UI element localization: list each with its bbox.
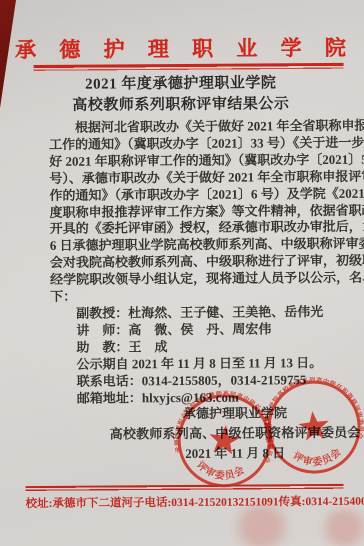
name-list-assistant: 助 教：王 成 (50, 338, 347, 357)
body-line: 号）、承德市职改办《关于做好 2021 年全市职称申报评审工 (49, 169, 346, 188)
doc-title-line2: 高校教师系列职称评审结果公示 (0, 94, 363, 118)
letterhead-title: 承 德 护 理 职 业 学 院 (0, 32, 363, 65)
letterhead-divider (34, 63, 344, 72)
seal-ink-smudge (227, 504, 297, 546)
body-line: 会对我院高校教师系列高、中级职称进行了评审，初级职称 (50, 253, 347, 272)
footer-fax: 传真:0314-2154007 (279, 493, 364, 510)
body-line: 作的通知》（承市职改办字〔2021〕6 号）及学院《2021 年 (49, 185, 346, 204)
document-body: 根据河北省职改办《关于做好 2021 年全省职称申报评审 工作的通知》（冀职改办… (49, 118, 348, 407)
body-line: 工作的通知》（冀职改办字〔2021〕33 号）《关于进一步做 (49, 135, 346, 154)
body-line: 开具的《委托评审函》授权，经承德市职改办审批后，11 月 (50, 219, 347, 238)
footer-phone: 电话:0314-2152013 (144, 494, 238, 511)
footer-address: 校址:承德市下二道河子 (26, 494, 145, 511)
body-line: 好 2021 年职称评审工作的通知》（冀职改办字〔2021〕52 (49, 152, 346, 171)
body-line: 经学院职改领导小组认定，现将通过人员予以公示，名单如 (50, 270, 347, 289)
footer-divider (25, 484, 343, 492)
star-icon (297, 409, 331, 441)
star-icon (208, 423, 242, 455)
document-title: 2021 年度承德护理职业学院 高校教师系列职称评审结果公示 (0, 73, 363, 118)
svg-text:承德护理职业学院高校教师系列高中级任职资格评审委员会: 承德护理职业学院高校教师系列高中级任职资格评审委员会 (259, 372, 364, 452)
notice-period-line: 公示期自 2021 年 11 月 8 日至 11 月 13 日。 (51, 355, 348, 374)
seal-ink-smudge (317, 507, 364, 546)
body-line: 下： (50, 287, 347, 306)
body-line: 根据河北省职改办《关于做好 2021 年全省职称申报评审 (49, 118, 346, 137)
footer-phone2: 2151091 (238, 496, 278, 508)
document-sheet: 承 德 护 理 职 业 学 院 2021 年度承德护理职业学院 高校教师系列职称… (0, 0, 364, 546)
official-seal-right: 承德护理职业学院高校教师系列高中级任职资格评审委员会 评审委员会 (259, 372, 364, 483)
seal-rim-text: 承德护理职业学院高校教师系列高中级任职资格评审委员会 (259, 372, 364, 452)
document-photo: 承 德 护 理 职 业 学 院 2021 年度承德护理职业学院 高校教师系列职称… (0, 0, 364, 546)
name-list-lecturer: 讲 师：高 微、侯 丹、周宏伟 (50, 321, 347, 340)
footer-contact-line: 校址:承德市下二道河子 电话:0314-2152013 2151091 传真:0… (26, 493, 344, 511)
name-list-associate-professor: 副教授：杜海然、王子健、王美艳、岳伟光 (50, 304, 347, 323)
body-line: 6 日承德护理职业学院高校教师系列高、中级职称评审委员 (50, 236, 347, 255)
doc-title-line1: 2021 年度承德护理职业学院 (0, 73, 363, 97)
body-line: 度职称申报推荐评审工作方案》等文件精神，依据省职改办 (50, 202, 347, 221)
